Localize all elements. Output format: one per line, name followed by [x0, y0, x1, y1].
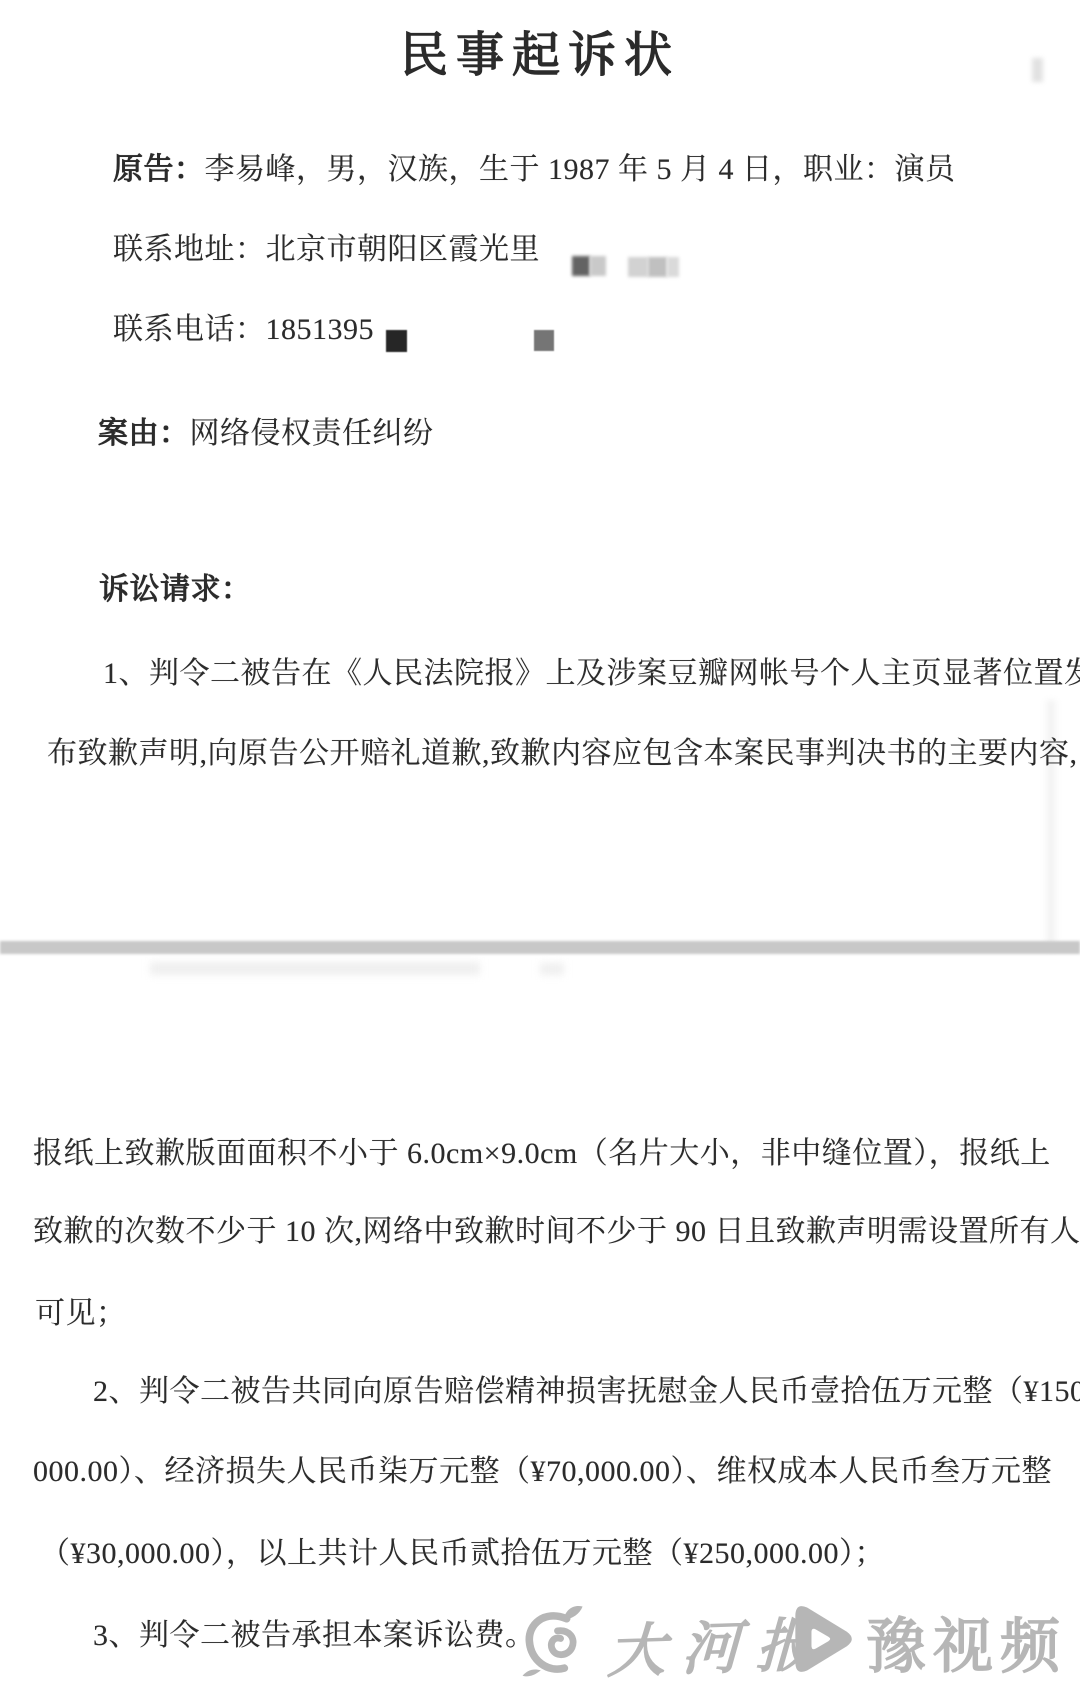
- dahebao-swirl-logo-icon: [518, 1596, 594, 1689]
- yushipin-watermark: 豫视频: [788, 1598, 1067, 1685]
- plaintiff-line: 原告：李易峰，男，汉族，生于 1987 年 5 月 4 日，职业：演员: [113, 152, 956, 188]
- phone-redaction-block: [386, 330, 407, 352]
- phone-value: 1851395: [266, 313, 375, 346]
- case-value: 网络侵权责任纠纷: [190, 417, 434, 450]
- address-redaction-block: [667, 257, 679, 277]
- claim1-line5: 可见；: [35, 1296, 127, 1332]
- claim1-line2: 布致歉声明,向原告公开赔礼道歉,致歉内容应包含本案民事判决书的主要内容,: [47, 736, 1078, 772]
- address-label: 联系地址：: [113, 233, 266, 266]
- address-redaction-block: [590, 256, 606, 276]
- screenshot-seam: [0, 941, 1080, 954]
- document-page: 民事起诉状 原告：李易峰，男，汉族，生于 1987 年 5 月 4 日，职业：演…: [0, 0, 1080, 1691]
- claim1-line4: 致歉的次数不少于 10 次,网络中致歉时间不少于 90 日且致歉声明需设置所有人: [33, 1214, 1080, 1250]
- claim3-line: 3、判令二被告承担本案诉讼费。: [93, 1618, 536, 1654]
- address-redaction-block: [572, 256, 590, 276]
- phone-redaction-block: [534, 330, 554, 351]
- phone-label: 联系电话：: [113, 313, 266, 346]
- claim2-line3: （¥30,000.00），以上共计人民币贰拾伍万元整（¥250,000.00）；: [40, 1536, 885, 1572]
- phone-line: 联系电话：1851395: [113, 312, 374, 348]
- yushipin-text: 豫视频: [866, 1599, 1067, 1685]
- document-title: 民事起诉状: [0, 16, 1080, 85]
- plaintiff-value: 李易峰，男，汉族，生于 1987 年 5 月 4 日，职业：演员: [205, 153, 956, 186]
- address-redaction-block: [628, 257, 648, 277]
- claim1-line3: 报纸上致歉版面面积不小于 6.0cm×9.0cm（名片大小，非中缝位置），报纸上: [33, 1136, 1051, 1172]
- play-icon: [788, 1598, 854, 1685]
- ghost-text-smudge: [540, 963, 564, 975]
- case-label: 案由：: [98, 417, 190, 450]
- claim2-line1: 2、判令二被告共同向原告赔偿精神损害抚慰金人民币壹拾伍万元整（¥150,: [93, 1374, 1080, 1410]
- case-line: 案由：网络侵权责任纠纷: [98, 416, 434, 452]
- claims-header: 诉讼请求：: [99, 572, 252, 608]
- scan-artifact: [1032, 58, 1043, 82]
- claim2-line2: 000.00）、经济损失人民币柒万元整（¥70,000.00）、维权成本人民币叁…: [33, 1454, 1052, 1490]
- address-value: 北京市朝阳区霞光里: [266, 233, 541, 266]
- address-line: 联系地址：北京市朝阳区霞光里: [113, 232, 540, 268]
- address-redaction-block: [648, 257, 667, 277]
- ghost-text-smudge: [150, 962, 480, 975]
- plaintiff-label: 原告：: [113, 153, 205, 186]
- dahebao-watermark: 大河报: [518, 1596, 830, 1689]
- claim1-line1: 1、判令二被告在《人民法院报》上及涉案豆瓣网帐号个人主页显著位置发: [103, 656, 1080, 692]
